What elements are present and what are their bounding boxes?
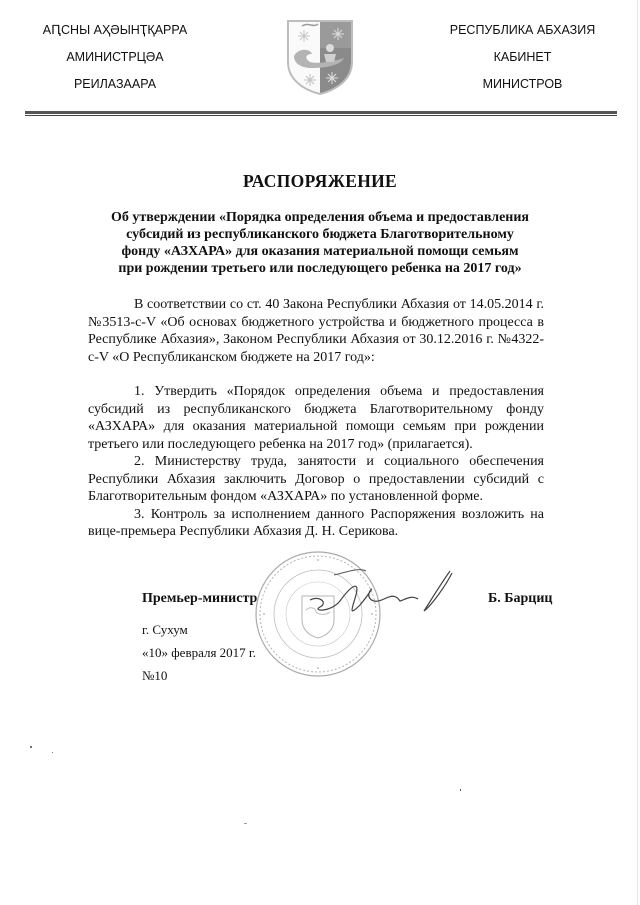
page-edge [637,0,638,905]
order-item-3: 3. Контроль за исполнением данного Распо… [88,506,544,541]
document-subject: Об утверждении «Порядка определения объе… [110,209,530,277]
scan-speck [244,823,247,824]
preamble-paragraph: В соответствии со ст. 40 Закона Республи… [88,296,544,366]
document-body: В соответствии со ст. 40 Закона Республи… [88,296,544,541]
letterhead-abkhaz: АԤСНЫ АҲӘЫНҬҚАРРА АМИНИСТРЦӘА РЕИЛАЗААРА [35,22,195,103]
letterhead-divider-thick [25,111,617,114]
letterhead-divider-thin [25,115,617,116]
letterhead-russian-line1: РЕСПУБЛИКА АБХАЗИЯ [440,22,605,49]
document-title: РАСПОРЯЖЕНИЕ [0,171,640,192]
signatory-position: Премьер-министр [142,591,257,607]
letterhead-russian: РЕСПУБЛИКА АБХАЗИЯ КАБИНЕТ МИНИСТРОВ [440,22,605,103]
letterhead-russian-line3: МИНИСТРОВ [440,76,605,103]
letterhead-abkhaz-line1: АԤСНЫ АҲӘЫНҬҚАРРА [35,22,195,49]
order-item-2: 2. Министерству труда, занятости и социа… [88,453,544,506]
issue-date: «10» февраля 2017 г. [142,645,256,661]
scan-speck [30,746,32,748]
document-page: АԤСНЫ АҲӘЫНҬҚАРРА АМИНИСТРЦӘА РЕИЛАЗААРА [0,0,640,905]
coat-of-arms-icon [284,18,356,96]
handwritten-signature [300,565,465,625]
issue-place: г. Сухум [142,622,188,638]
scan-speck [52,752,53,753]
signatory-name: Б. Барциц [488,591,553,607]
document-number: №10 [142,668,167,684]
letterhead-abkhaz-line2: АМИНИСТРЦӘА [35,49,195,76]
order-item-1: 1. Утвердить «Порядок определения объема… [88,383,544,453]
scan-speck [460,789,461,791]
letterhead-abkhaz-line3: РЕИЛАЗААРА [35,76,195,103]
letterhead-russian-line2: КАБИНЕТ [440,49,605,76]
